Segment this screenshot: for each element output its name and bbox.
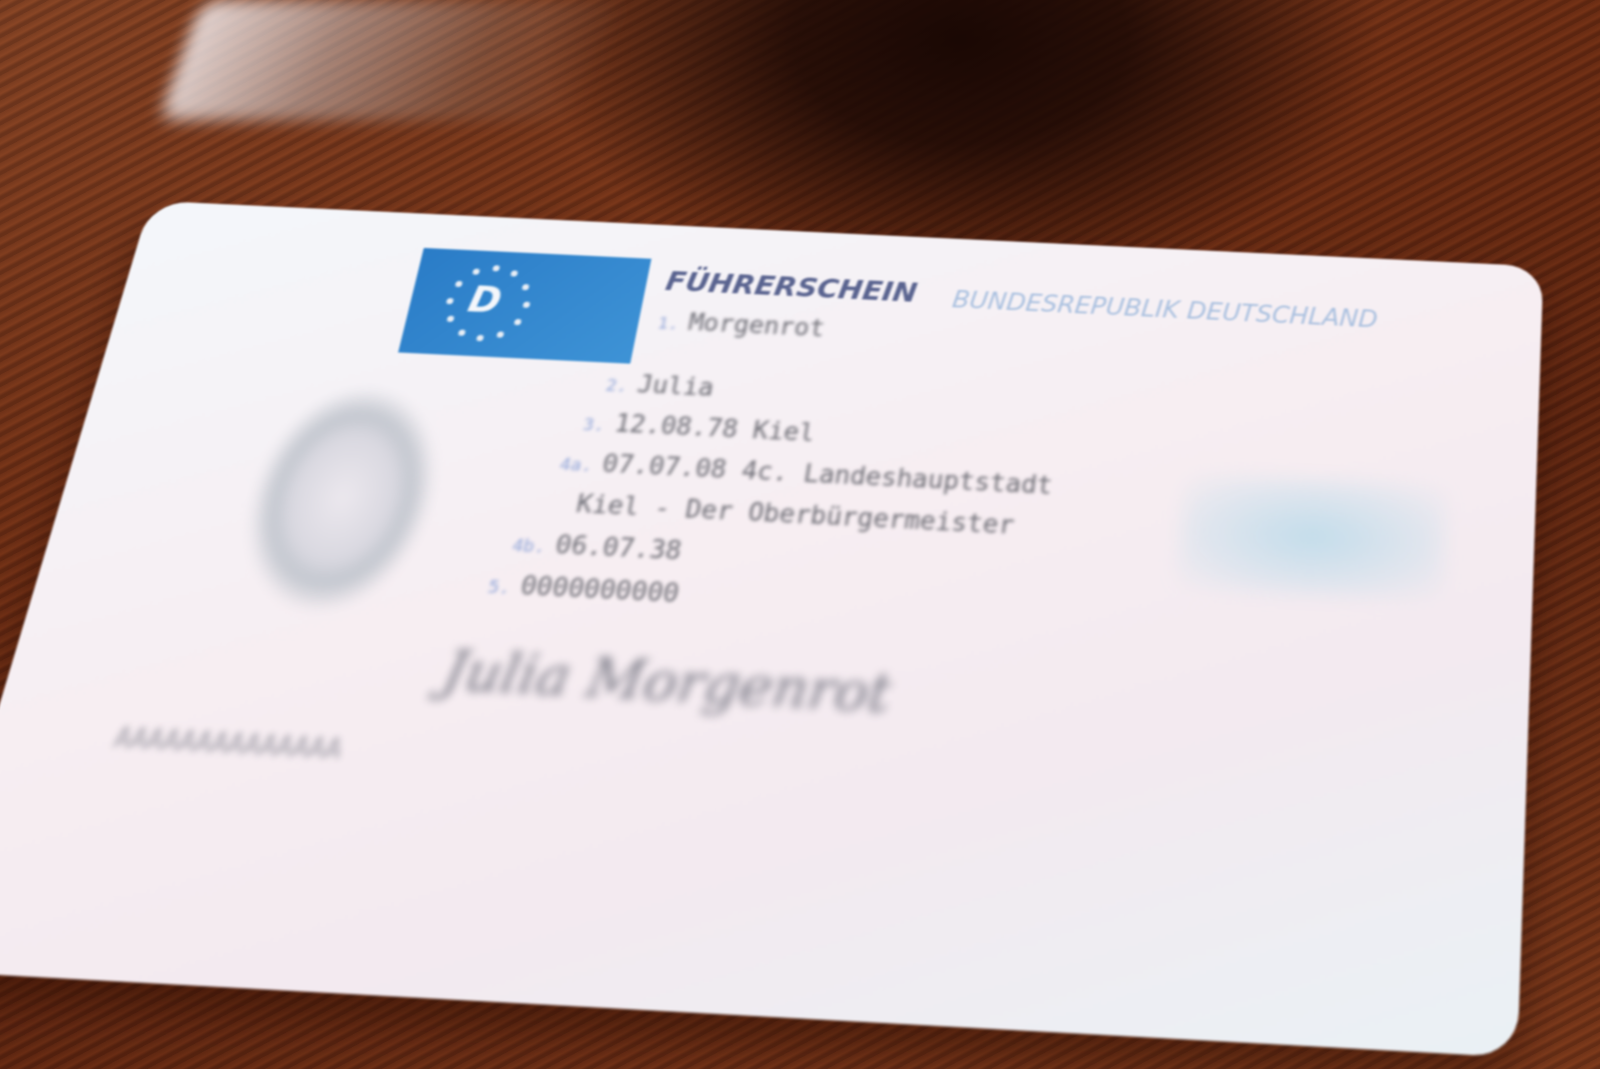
- field-number: 5.: [486, 577, 512, 598]
- machine-readable-line: AAAAAAAAAAAAAA: [111, 723, 345, 765]
- driving-licence-card: D FÜHRERSCHEIN BUNDESREPUBLIK DEUTSCHLAN…: [0, 201, 1543, 1058]
- hologram: [1176, 473, 1446, 600]
- field-number: 2.: [604, 376, 629, 396]
- field-number: 4b.: [510, 536, 547, 558]
- field-birth: 3.12.08.78 Kiel: [581, 409, 817, 448]
- field-number: 3.: [581, 415, 606, 435]
- star-icon: [496, 331, 504, 338]
- eu-flag-band: D: [398, 248, 651, 364]
- field-value: 0000000000: [518, 572, 682, 609]
- star-icon: [458, 329, 466, 335]
- field-surname: 1.Morgenrot: [656, 308, 827, 342]
- star-icon: [510, 271, 518, 277]
- field-value: Morgenrot: [686, 310, 826, 343]
- star-icon: [472, 269, 480, 275]
- glass-object: [158, 0, 622, 120]
- star-icon: [455, 281, 463, 287]
- field-number: [564, 496, 568, 516]
- field-value: 07.07.08 4c. Landeshauptstadt: [600, 450, 1054, 500]
- field-value: 12.08.78 Kiel: [612, 410, 817, 447]
- star-icon: [476, 335, 484, 342]
- star-icon: [447, 316, 455, 322]
- star-icon: [446, 298, 454, 304]
- star-icon: [513, 319, 521, 325]
- portrait-photo: [175, 354, 493, 648]
- field-expiry: 4b.06.07.38: [510, 529, 684, 566]
- card-subtitle: BUNDESREPUBLIK DEUTSCHLAND: [951, 287, 1379, 334]
- field-number: 1.: [656, 314, 680, 333]
- field-number: 4a.: [558, 455, 594, 476]
- signature: Julia Morgenrot: [437, 639, 895, 725]
- star-icon: [522, 302, 530, 308]
- card-title: FÜHRERSCHEIN: [663, 267, 919, 309]
- field-value: Julia: [635, 371, 716, 402]
- field-authority: Kiel - Der Oberbürgermeister: [564, 490, 1016, 541]
- field-value: 06.07.38: [553, 531, 684, 566]
- star-icon: [521, 284, 529, 290]
- field-value: Kiel - Der Oberbürgermeister: [574, 490, 1016, 540]
- star-icon: [492, 265, 500, 271]
- field-licence-number: 5.0000000000: [486, 570, 682, 609]
- field-given-name: 2.Julia: [604, 370, 716, 402]
